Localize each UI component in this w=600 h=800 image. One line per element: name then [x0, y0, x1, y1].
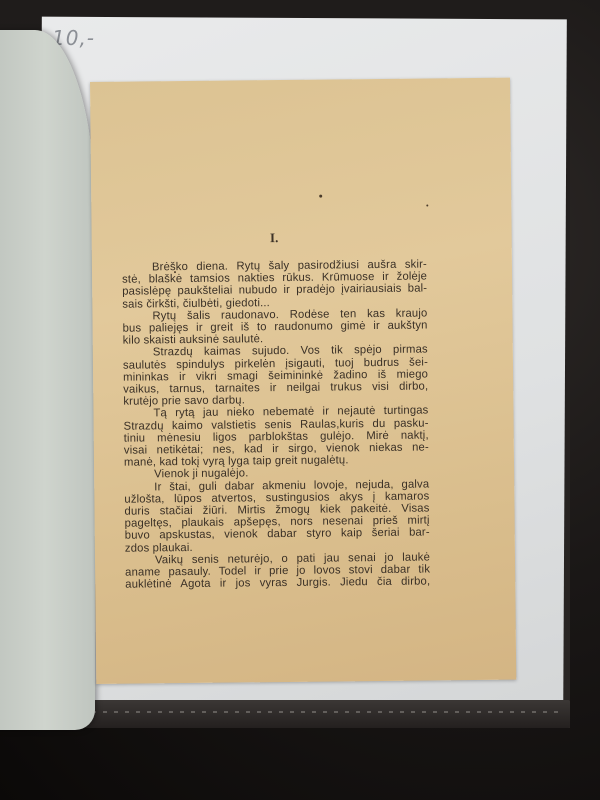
sleeve-bottom-edge — [60, 700, 570, 728]
book-page: I. Brėško diena. Rytų šaly pasirodžiusi … — [90, 78, 516, 684]
chapter-number: I. — [122, 228, 427, 247]
body-text: Brėško diena. Rytų šaly pasirodžiusi auš… — [122, 258, 430, 591]
left-facing-page — [0, 30, 95, 730]
sleeve-stitching — [70, 711, 560, 713]
paper-speck — [319, 195, 322, 198]
paper-speck — [426, 204, 428, 206]
page-text-block: I. Brėško diena. Rytų šaly pasirodžiusi … — [122, 228, 431, 591]
text-line: auklėtinė Agota ir jos vyras Jurgis. Jie… — [125, 576, 430, 591]
